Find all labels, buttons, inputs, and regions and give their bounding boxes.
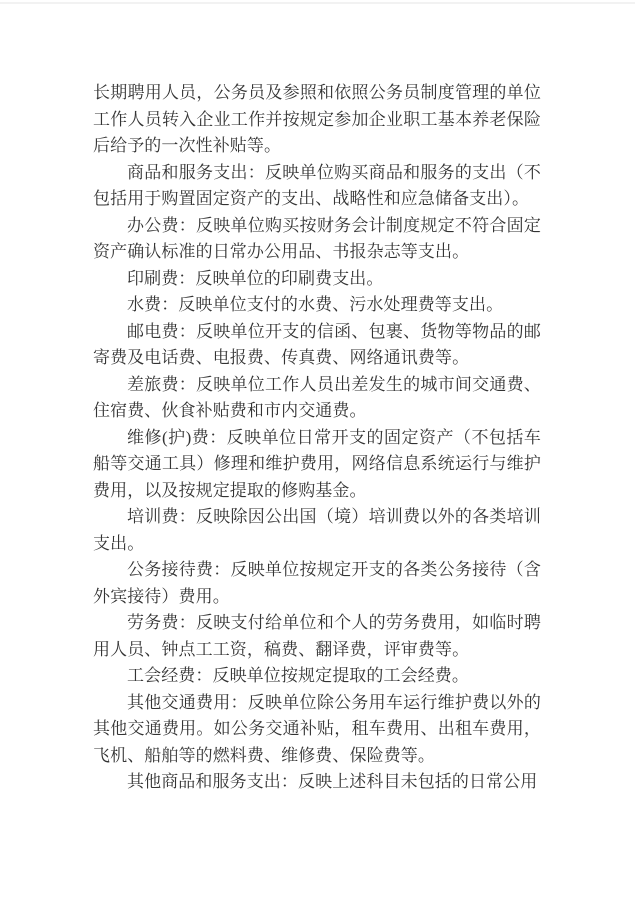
paragraph: 办公费：反映单位购买按财务会计制度规定不符合固定资产确认标准的日常办公用品、书报… xyxy=(93,213,541,266)
paragraph: 邮电费：反映单位开支的信函、包裹、货物等物品的邮寄费及电话费、电报费、传真费、网… xyxy=(93,319,541,372)
paragraph: 其他交通费用：反映单位除公务用车运行维护费以外的其他交通费用。如公务交通补贴，租… xyxy=(93,690,541,770)
paragraph: 差旅费：反映单位工作人员出差发生的城市间交通费、住宿费、伙食补贴费和市内交通费。 xyxy=(93,372,541,425)
paragraph: 工会经费：反映单位按规定提取的工会经费。 xyxy=(93,663,541,690)
paragraph: 劳务费：反映支付给单位和个人的劳务费用，如临时聘用人员、钟点工工资，稿费、翻译费… xyxy=(93,610,541,663)
paragraph: 其他商品和服务支出：反映上述科目未包括的日常公用 xyxy=(93,769,541,796)
paragraph: 培训费：反映除因公出国（境）培训费以外的各类培训支出。 xyxy=(93,504,541,557)
page-top-divider xyxy=(0,2,635,4)
document-body: 长期聘用人员，公务员及参照和依照公务员制度管理的单位工作人员转入企业工作并按规定… xyxy=(93,80,541,796)
paragraph: 长期聘用人员，公务员及参照和依照公务员制度管理的单位工作人员转入企业工作并按规定… xyxy=(93,80,541,160)
paragraph: 维修(护)费：反映单位日常开支的固定资产（不包括车船等交通工具）修理和维护费用，… xyxy=(93,425,541,505)
paragraph: 水费：反映单位支付的水费、污水处理费等支出。 xyxy=(93,292,541,319)
paragraph: 印刷费：反映单位的印刷费支出。 xyxy=(93,266,541,293)
paragraph: 公务接待费：反映单位按规定开支的各类公务接待（含外宾接待）费用。 xyxy=(93,557,541,610)
paragraph: 商品和服务支出：反映单位购买商品和服务的支出（不包括用于购置固定资产的支出、战略… xyxy=(93,160,541,213)
document-page: 长期聘用人员，公务员及参照和依照公务员制度管理的单位工作人员转入企业工作并按规定… xyxy=(0,0,635,898)
